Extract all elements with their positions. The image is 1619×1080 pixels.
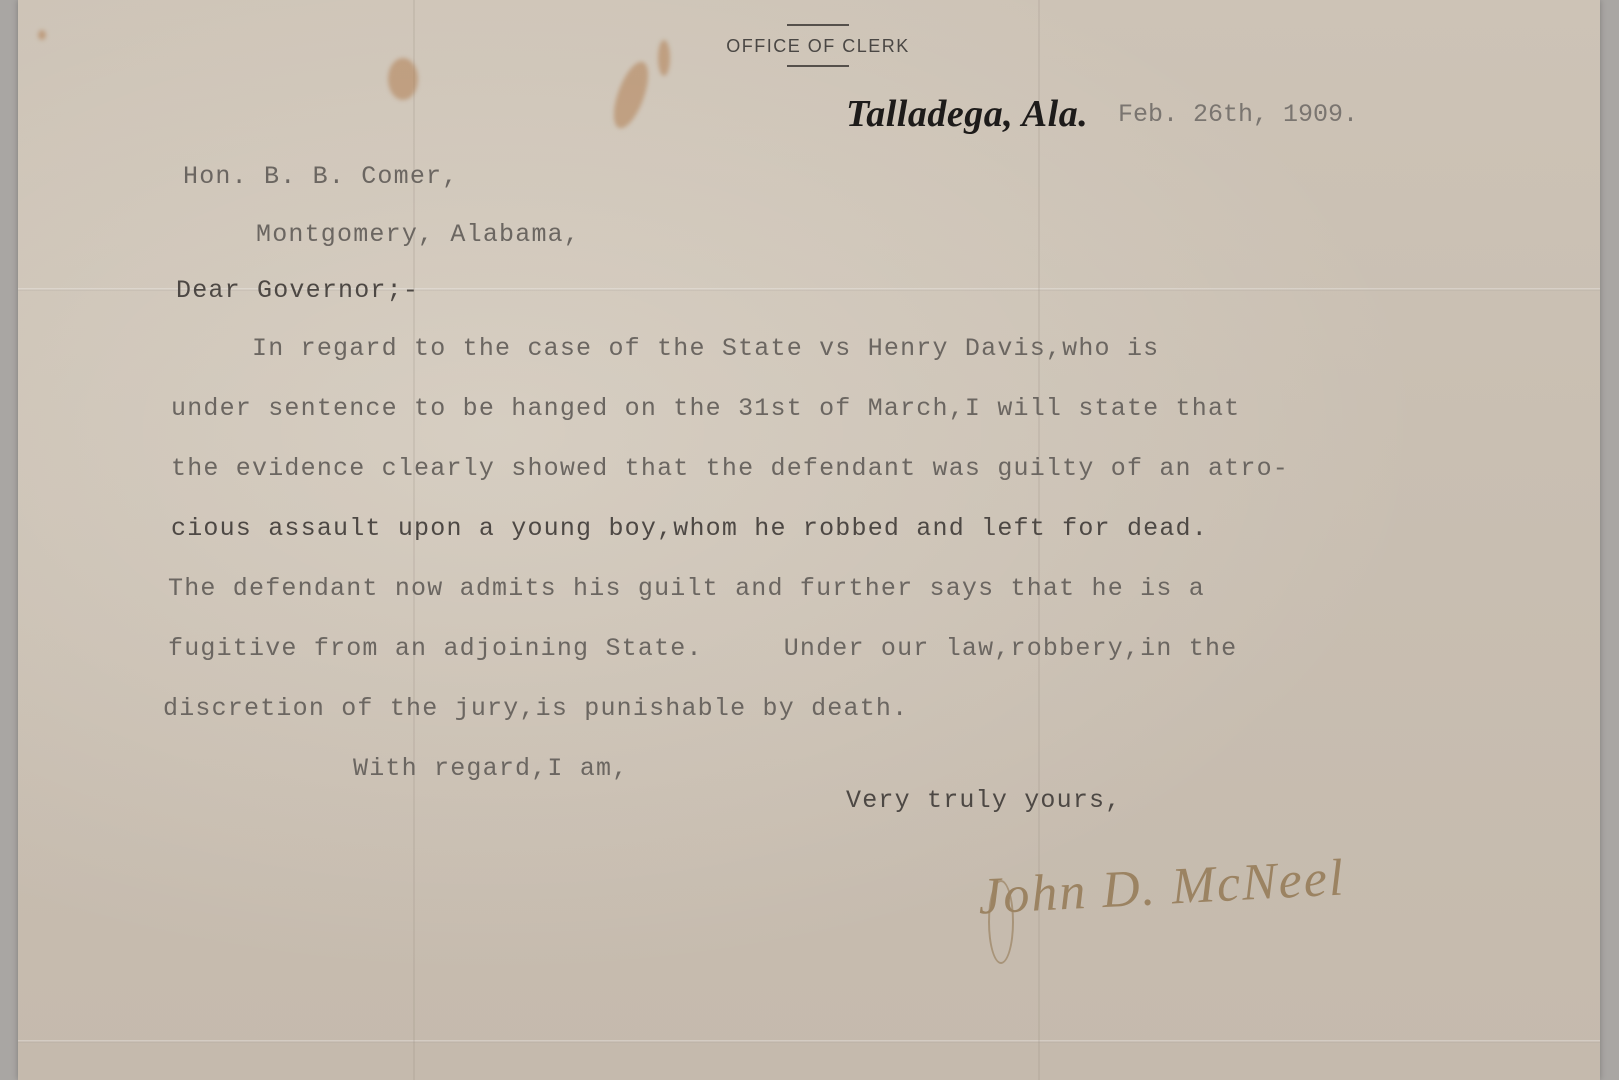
closing-valediction: Very truly yours, — [846, 786, 1121, 815]
date-line: Feb. 26th, 1909. — [1118, 100, 1358, 129]
stain — [658, 40, 670, 76]
divider — [787, 65, 849, 67]
body-line: discretion of the jury,is punishable by … — [163, 694, 908, 723]
body-line: In regard to the case of the State vs He… — [171, 334, 1159, 363]
letterhead: OFFICE OF CLERK — [708, 24, 928, 67]
recipient-address: Montgomery, Alabama, — [256, 220, 580, 249]
stain — [38, 30, 46, 40]
recipient-name: Hon. B. B. Comer, — [183, 162, 458, 191]
closing-regard: With regard,I am, — [353, 754, 628, 783]
place-line: Talladega, Ala. — [846, 92, 1088, 136]
body-line: the evidence clearly showed that the def… — [171, 454, 1289, 483]
stain — [388, 58, 418, 100]
body-line: fugitive from an adjoining State. Under … — [168, 634, 1237, 663]
divider — [787, 24, 849, 26]
signature: John D. McNeel — [977, 848, 1347, 926]
body-line: under sentence to be hanged on the 31st … — [171, 394, 1240, 423]
letter-page: OFFICE OF CLERK Talladega, Ala. Feb. 26t… — [18, 0, 1600, 1080]
office-title: OFFICE OF CLERK — [708, 36, 928, 57]
stain — [607, 58, 655, 133]
body-line: The defendant now admits his guilt and f… — [168, 574, 1205, 603]
fold-crease — [18, 1040, 1600, 1043]
body-line: cious assault upon a young boy,whom he r… — [171, 514, 1208, 543]
salutation: Dear Governor;- — [176, 276, 419, 305]
